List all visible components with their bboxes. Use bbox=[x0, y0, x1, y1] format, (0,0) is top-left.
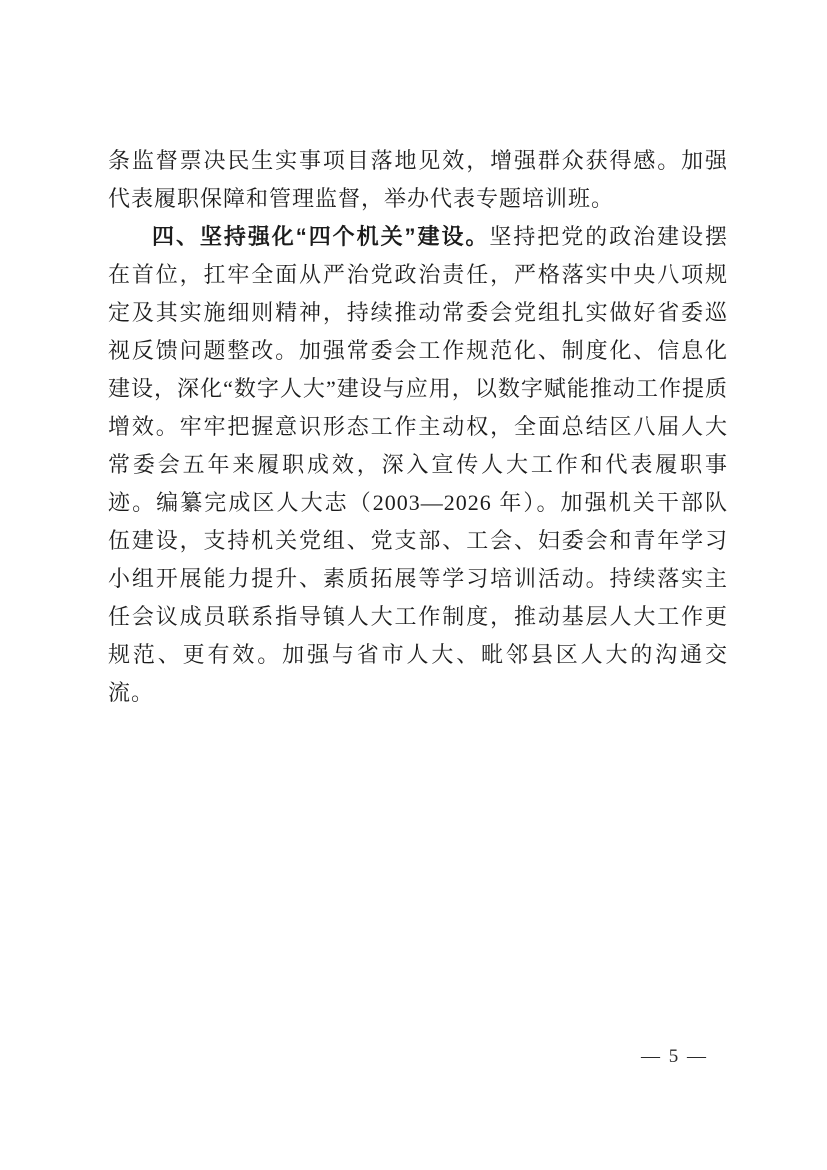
paragraph: 条监督票决民生实事项目落地见效，增强群众获得感。加强代表履职保障和管理监督，举办… bbox=[108, 142, 728, 218]
document-page: 条监督票决民生实事项目落地见效，增强群众获得感。加强代表履职保障和管理监督，举办… bbox=[0, 0, 827, 1170]
page-number: — 5 — bbox=[641, 1046, 708, 1068]
document-body: 条监督票决民生实事项目落地见效，增强群众获得感。加强代表履职保障和管理监督，举办… bbox=[108, 142, 728, 712]
paragraph-lead-bold: 四、坚持强化“四个机关”建设。 bbox=[152, 224, 489, 249]
paragraph-text: 条监督票决民生实事项目落地见效，增强群众获得感。加强代表履职保障和管理监督，举办… bbox=[108, 148, 728, 211]
paragraph-text: 坚持把党的政治建设摆在首位，扛牢全面从严治党政治责任，严格落实中央八项规定及其实… bbox=[108, 224, 728, 705]
paragraph: 四、坚持强化“四个机关”建设。坚持把党的政治建设摆在首位，扛牢全面从严治党政治责… bbox=[108, 218, 728, 712]
